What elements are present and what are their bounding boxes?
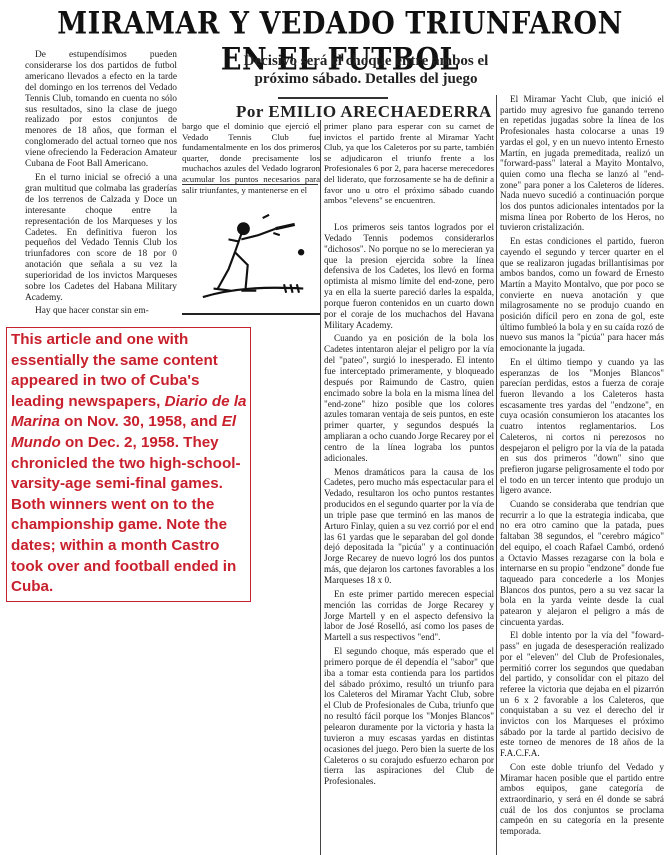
divider [182,313,320,315]
paragraph: Los primeros seis tantos logrados por el… [324,222,494,330]
byline: Por EMILIO ARECHAEDERRA [236,102,506,122]
divider [182,184,318,185]
divider [278,97,388,99]
column-rule [496,95,497,855]
paragraph: primer plano para esperar con su carnet … [324,121,494,206]
annotation-box: This article and one with essentially th… [6,327,251,602]
annotation-text: on Dec. 2, 1958. They chronicled the two… [11,434,241,595]
paragraph: Hay que hacer constar sin em- [25,306,177,317]
football-player-illustration [182,186,322,312]
paragraph: El doble intento por la vía del "foward-… [500,630,664,758]
paragraph: El Miramar Yacht Club, que inició el par… [500,94,664,233]
paragraph: En el último tiempo y cuando ya las espe… [500,357,664,496]
paragraph: Menos dramáticos para la causa de los Ca… [324,467,494,586]
annotation-text: on Nov. 30, 1958, and [60,413,222,430]
paragraph: En el turno inicial se ofreció a una gra… [25,173,177,304]
center-right-top-column: primer plano para esperar con su carnet … [324,121,494,206]
paragraph: En estas condiciones el partido, fueron … [500,236,664,354]
paragraph: El segundo choque, más esperado que el p… [324,646,494,787]
paragraph: De estupendísimos pueden considerarse lo… [25,50,177,170]
left-column: De estupendísimos pueden considerarse lo… [25,50,177,317]
subheadline: Decisivo será el choque entre ambos el p… [236,52,496,88]
paragraph: En este primer partido merecen especial … [324,589,494,643]
paragraph: Cuando ya en posición de la bola los Cad… [324,333,494,463]
paragraph: Cuando se consideraba que tendrían que r… [500,499,664,627]
paragraph: Con este doble triunfo del Vedado y Mira… [500,762,664,837]
right-column: El Miramar Yacht Club, que inició el par… [500,94,664,837]
center-column: Los primeros seis tantos logrados por el… [324,222,494,787]
column-rule [320,120,321,855]
